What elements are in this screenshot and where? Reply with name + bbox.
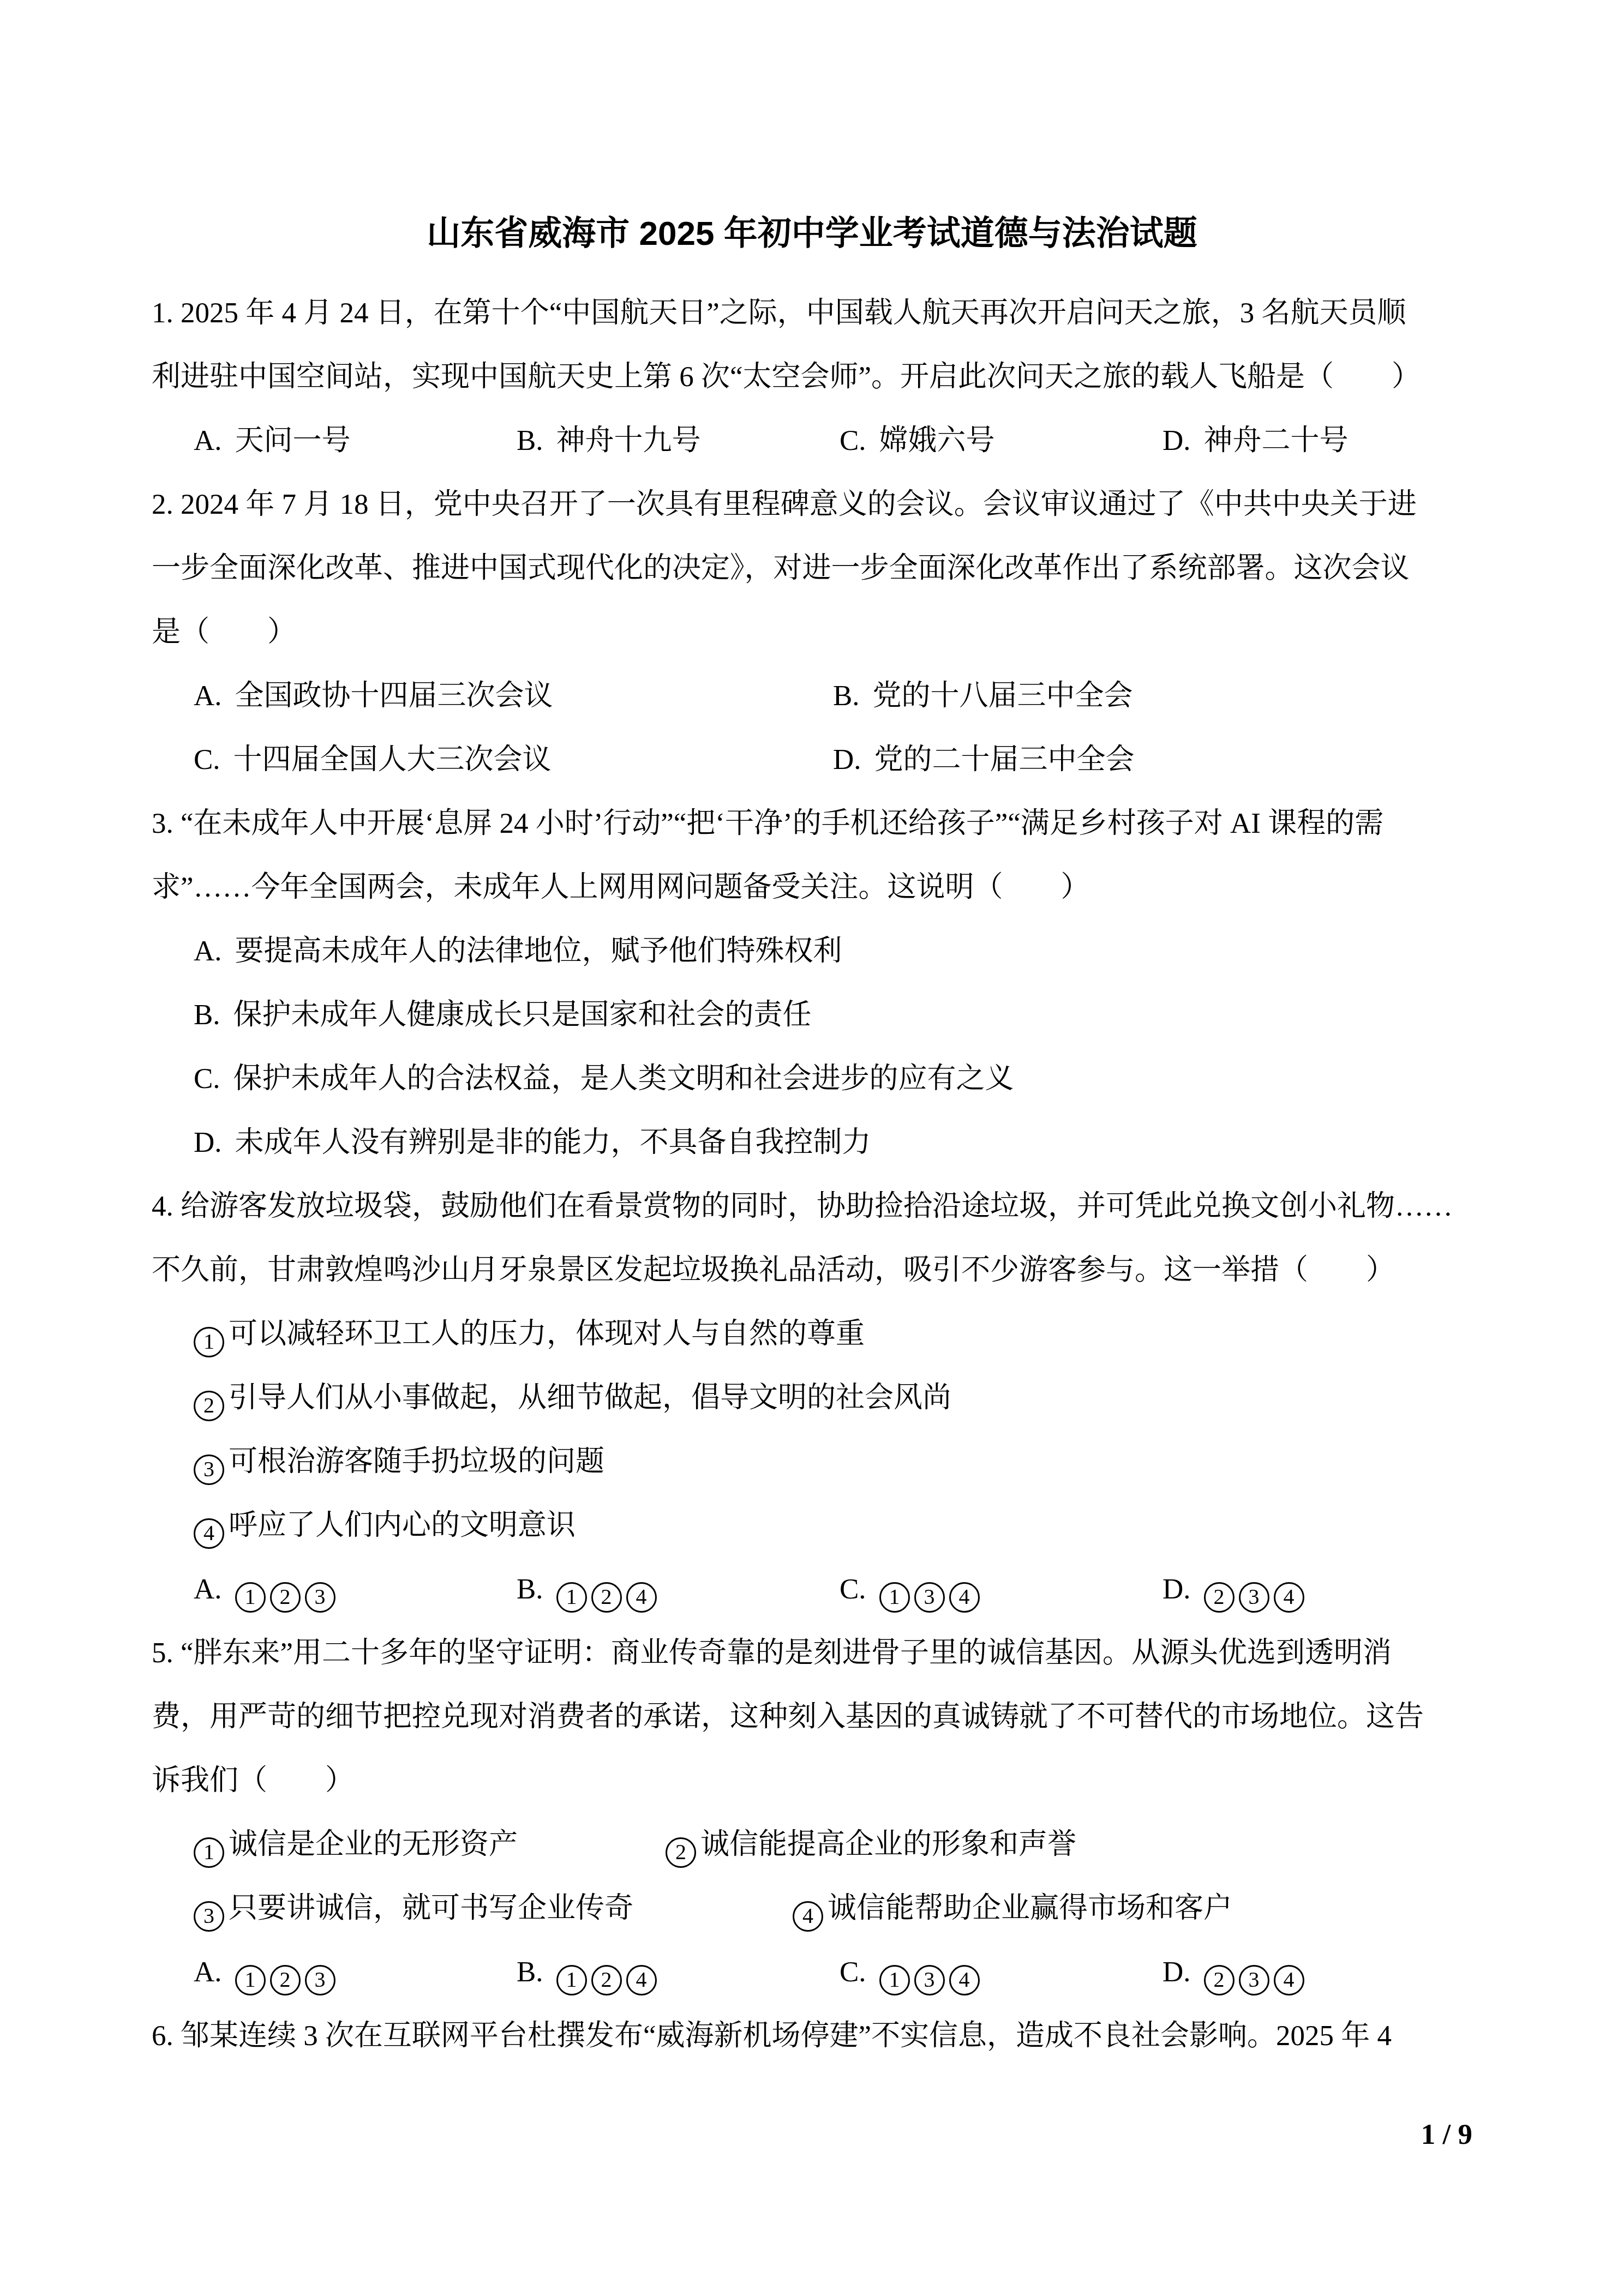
option: 2诚信能提高企业的形象和声誉 (666, 1813, 1076, 1877)
option-text: 诚信是企业的无形资产 (229, 1829, 518, 1860)
option-label: A. (194, 1940, 222, 2004)
circled-number: 3 (1239, 1582, 1269, 1613)
option: D.党的二十届三中全会 (833, 728, 1135, 792)
question-stem-line: 利进驻中国空间站，实现中国航天史上第 6 次“太空会师”。开启此次问天之旅的载人… (152, 345, 1472, 409)
option-text: 诚信能帮助企业赢得市场和客户 (828, 1892, 1232, 1924)
option-label: B. (833, 664, 860, 728)
option: C.保护未成年人的合法权益，是人类文明和社会进步的应有之义 (194, 1047, 1014, 1111)
option-text: 要提高未成年人的法律地位，赋予他们特殊权利 (235, 935, 842, 967)
option-row: 4呼应了人们内心的文明意识 (152, 1494, 1472, 1558)
exam-document-page: 山东省威海市 2025 年初中学业考试道德与法治试题 1. 2025 年 4 月… (0, 0, 1624, 2296)
option: C.嫦娥六号 (840, 409, 995, 473)
question-stem-line: 是（ ） (152, 600, 1472, 664)
option: B.保护未成年人健康成长只是国家和社会的责任 (194, 983, 812, 1047)
option-text: 可根治游客随手扔垃圾的问题 (229, 1446, 604, 1477)
option-row: 3可根治游客随手扔垃圾的问题 (152, 1430, 1472, 1494)
option-label: A. (194, 1558, 222, 1621)
circled-number: 4 (949, 1582, 980, 1613)
option: 2引导人们从小事做起，从细节做起，倡导文明的社会风尚 (194, 1366, 951, 1430)
circled-number: 2 (1204, 1965, 1235, 1996)
option-text: 呼应了人们内心的文明意识 (229, 1510, 576, 1541)
option-row: 1诚信是企业的无形资产2诚信能提高企业的形象和声誉 (152, 1813, 1472, 1877)
circled-number: 1 (879, 1582, 910, 1613)
circled-number: 3 (914, 1582, 945, 1613)
option-label: C. (840, 1558, 866, 1621)
option-text: 神舟十九号 (556, 425, 701, 456)
option-text: 可以减轻环卫工人的压力，体现对人与自然的尊重 (229, 1318, 865, 1350)
circled-number: 1 (879, 1965, 910, 1996)
option: A.要提高未成年人的法律地位，赋予他们特殊权利 (194, 919, 842, 983)
option-text: 嫦娥六号 (879, 425, 995, 456)
circled-number: 2 (591, 1965, 622, 1996)
option-label: C. (194, 728, 220, 792)
circled-number: 4 (626, 1965, 657, 1996)
circled-number: 3 (305, 1582, 335, 1613)
circled-number: 1 (194, 1327, 224, 1357)
circled-number: 3 (194, 1901, 224, 1932)
question-stem-line: 费，用严苛的细节把控兑现对消费者的承诺，这种刻入基因的真诚铸就了不可替代的市场地… (152, 1685, 1472, 1749)
option-row: 3只要讲诚信，就可书写企业传奇4诚信能帮助企业赢得市场和客户 (152, 1877, 1472, 1940)
circled-number: 2 (591, 1582, 622, 1613)
option-row: A.天问一号B.神舟十九号C.嫦娥六号D.神舟二十号 (152, 409, 1472, 473)
option: B.神舟十九号 (517, 409, 701, 473)
option-label: D. (1162, 1558, 1191, 1621)
option-text: 未成年人没有辨别是非的能力，不具备自我控制力 (235, 1127, 871, 1158)
option-label: D. (1162, 1940, 1191, 2004)
option-text: 神舟二十号 (1204, 425, 1349, 456)
option: D.234 (1162, 1940, 1309, 2004)
option: D.234 (1162, 1558, 1309, 1621)
option-text: 党的十八届三中全会 (873, 680, 1133, 712)
circled-number: 2 (1204, 1582, 1235, 1613)
option: C.十四届全国人大三次会议 (194, 728, 552, 792)
option: A.123 (194, 1558, 340, 1621)
circled-number: 3 (914, 1965, 945, 1996)
circled-number: 2 (270, 1965, 301, 1996)
option: B.124 (517, 1558, 661, 1621)
option-label: C. (840, 409, 866, 473)
option-text: 保护未成年人的合法权益，是人类文明和社会进步的应有之义 (233, 1063, 1014, 1095)
circled-number: 4 (793, 1901, 823, 1932)
option: B.党的十八届三中全会 (833, 664, 1133, 728)
circled-number: 4 (194, 1518, 224, 1549)
circled-number: 4 (1274, 1965, 1304, 1996)
circled-number: 2 (666, 1837, 696, 1868)
option-label: C. (840, 1940, 866, 2004)
option-label: B. (517, 1940, 543, 2004)
circled-number: 1 (194, 1837, 224, 1868)
option-label: B. (517, 1558, 543, 1621)
option-label: A. (194, 664, 222, 728)
option-label: B. (517, 409, 543, 473)
option-text: 全国政协十四届三次会议 (235, 680, 553, 712)
option-label: A. (194, 409, 222, 473)
option: D.神舟二十号 (1162, 409, 1349, 473)
option-label: D. (833, 728, 861, 792)
question-stem-line: 不久前，甘肃敦煌鸣沙山月牙泉景区发起垃圾换礼品活动，吸引不少游客参与。这一举措（… (152, 1239, 1472, 1302)
circled-number: 1 (235, 1965, 266, 1996)
questions-area: 1. 2025 年 4 月 24 日，在第十个“中国航天日”之际，中国载人航天再… (152, 253, 1472, 2068)
option: D.未成年人没有辨别是非的能力，不具备自我控制力 (194, 1111, 871, 1175)
question-stem-line: 5. “胖东来”用二十多年的坚守证明：商业传奇靠的是刻进骨子里的诚信基因。从源头… (152, 1621, 1472, 1685)
option-text: 诚信能提高企业的形象和声誉 (700, 1829, 1076, 1860)
option-label: D. (194, 1111, 222, 1175)
question-stem-line: 6. 邹某连续 3 次在互联网平台杜撰发布“威海新机场停建”不实信息，造成不良社… (152, 2004, 1472, 2068)
option-text: 十四届全国人大三次会议 (233, 744, 552, 776)
option: 3可根治游客随手扔垃圾的问题 (194, 1430, 604, 1494)
circled-number: 4 (949, 1965, 980, 1996)
circled-number: 1 (556, 1965, 587, 1996)
option: 4呼应了人们内心的文明意识 (194, 1494, 576, 1558)
option-row: A.123B.124C.134D.234 (152, 1558, 1472, 1621)
question-stem-line: 1. 2025 年 4 月 24 日，在第十个“中国航天日”之际，中国载人航天再… (152, 281, 1472, 345)
question-stem-line: 3. “在未成年人中开展‘息屏 24 小时’行动”“把‘干净’的手机还给孩子”“… (152, 792, 1472, 856)
option-row: D.未成年人没有辨别是非的能力，不具备自我控制力 (152, 1111, 1472, 1175)
question-stem-line: 求”……今年全国两会，未成年人上网用网问题备受关注。这说明（ ） (152, 856, 1472, 919)
option-row: 2引导人们从小事做起，从细节做起，倡导文明的社会风尚 (152, 1366, 1472, 1430)
question-stem-line: 4. 给游客发放垃圾袋，鼓励他们在看景赏物的同时，协助捡拾沿途垃圾，并可凭此兑换… (152, 1175, 1472, 1239)
circled-number: 1 (556, 1582, 587, 1613)
circled-number: 2 (194, 1391, 224, 1421)
circled-number: 3 (1239, 1965, 1269, 1996)
option: A.全国政协十四届三次会议 (194, 664, 553, 728)
circled-number: 4 (626, 1582, 657, 1613)
option-text: 只要讲诚信，就可书写企业传奇 (229, 1892, 633, 1924)
option: A.天问一号 (194, 409, 351, 473)
option-row: 1可以减轻环卫工人的压力，体现对人与自然的尊重 (152, 1302, 1472, 1366)
option-row: A.要提高未成年人的法律地位，赋予他们特殊权利 (152, 919, 1472, 983)
page-number: 1 / 9 (1421, 2120, 1472, 2149)
question-stem-line: 2. 2024 年 7 月 18 日，党中央召开了一次具有里程碑意义的会议。会议… (152, 473, 1472, 537)
option-row: A.全国政协十四届三次会议B.党的十八届三中全会 (152, 664, 1472, 728)
question-stem-line: 一步全面深化改革、推进中国式现代化的决定》，对进一步全面深化改革作出了系统部署。… (152, 537, 1472, 600)
option: A.123 (194, 1940, 340, 2004)
option-row: A.123B.124C.134D.234 (152, 1940, 1472, 2004)
circled-number: 1 (235, 1582, 266, 1613)
option-row: B.保护未成年人健康成长只是国家和社会的责任 (152, 983, 1472, 1047)
option: 4诚信能帮助企业赢得市场和客户 (793, 1877, 1232, 1940)
circled-number: 3 (194, 1454, 224, 1485)
circled-number: 3 (305, 1965, 335, 1996)
option-text: 天问一号 (235, 425, 351, 456)
document-title: 山东省威海市 2025 年初中学业考试道德与法治试题 (0, 0, 1624, 253)
option: C.134 (840, 1940, 984, 2004)
option-label: B. (194, 983, 220, 1047)
option-row: C.保护未成年人的合法权益，是人类文明和社会进步的应有之义 (152, 1047, 1472, 1111)
option-text: 保护未成年人健康成长只是国家和社会的责任 (233, 999, 812, 1031)
option: 1诚信是企业的无形资产 (194, 1813, 518, 1877)
option-text: 党的二十届三中全会 (874, 744, 1135, 776)
circled-number: 2 (270, 1582, 301, 1613)
question-stem-line: 诉我们（ ） (152, 1749, 1472, 1813)
option-label: D. (1162, 409, 1191, 473)
option-label: C. (194, 1047, 220, 1111)
option: 3只要讲诚信，就可书写企业传奇 (194, 1877, 633, 1940)
option-text: 引导人们从小事做起，从细节做起，倡导文明的社会风尚 (229, 1382, 951, 1414)
option-label: A. (194, 919, 222, 983)
option-row: C.十四届全国人大三次会议D.党的二十届三中全会 (152, 728, 1472, 792)
option: C.134 (840, 1558, 984, 1621)
option: 1可以减轻环卫工人的压力，体现对人与自然的尊重 (194, 1302, 865, 1366)
option: B.124 (517, 1940, 661, 2004)
circled-number: 4 (1274, 1582, 1304, 1613)
